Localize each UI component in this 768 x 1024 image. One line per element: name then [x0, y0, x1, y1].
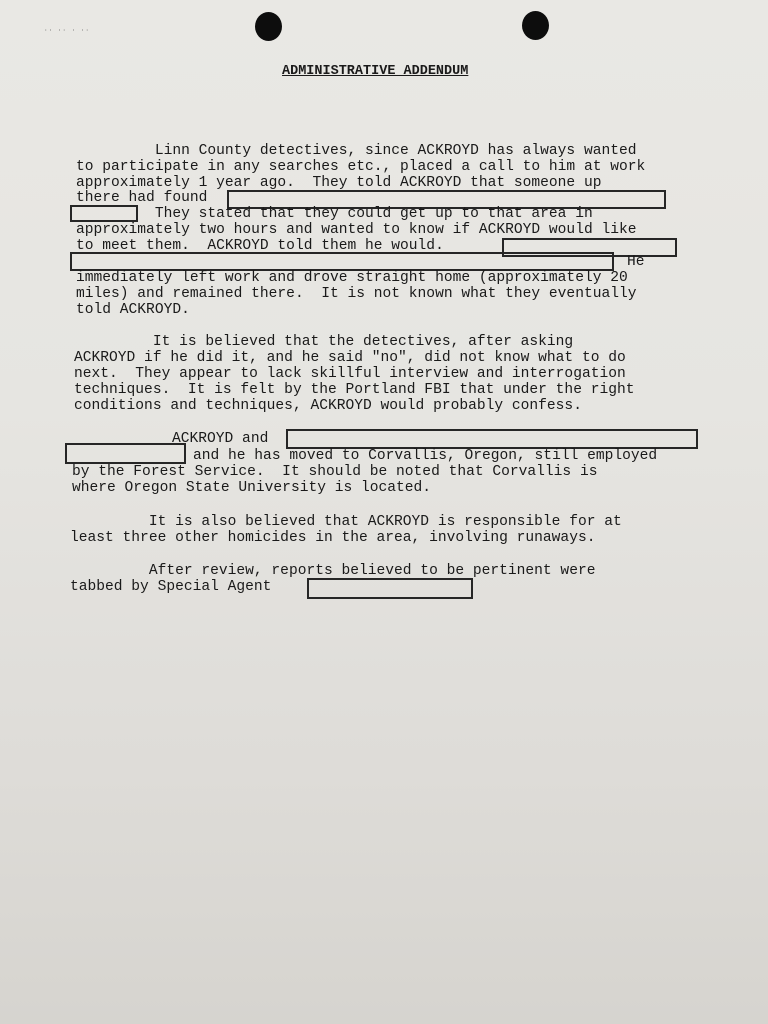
- text-line: Linn County detectives, since ACKROYD ha…: [76, 143, 637, 159]
- redaction-box: [65, 443, 186, 464]
- redaction-box: [307, 578, 473, 599]
- text-line: there had found: [76, 190, 207, 206]
- punch-hole-left: [255, 12, 282, 41]
- text-line: After review, reports believed to be per…: [70, 563, 595, 579]
- text-line: ACKROYD if he did it, and he said "no", …: [74, 350, 626, 366]
- text-line: approximately 1 year ago. They told ACKR…: [76, 175, 601, 191]
- redaction-box: [286, 429, 698, 449]
- punch-hole-right: [522, 11, 549, 40]
- margin-specks: ·· ·· · ··: [44, 27, 90, 34]
- text-line: where Oregon State University is located…: [72, 480, 431, 496]
- text-line: least three other homicides in the area,…: [70, 530, 595, 546]
- text-line: conditions and techniques, ACKROYD would…: [74, 398, 582, 414]
- text-line: ACKROYD and: [172, 431, 268, 447]
- document-page: ·· ·· · ·· ADMINISTRATIVE ADDENDUM Linn …: [0, 0, 768, 1024]
- text-line: miles) and remained there. It is not kno…: [76, 286, 637, 302]
- text-line: It is also believed that ACKROYD is resp…: [70, 514, 622, 530]
- text-line: next. They appear to lack skillful inter…: [74, 366, 626, 382]
- text-line: tabbed by Special Agent: [70, 579, 271, 595]
- text-line: told ACKROYD.: [76, 302, 190, 318]
- text-line: approximately two hours and wanted to kn…: [76, 222, 637, 238]
- text-line: by the Forest Service. It should be note…: [72, 464, 597, 480]
- text-line: to participate in any searches etc., pla…: [76, 159, 645, 175]
- document-title: ADMINISTRATIVE ADDENDUM: [282, 64, 468, 79]
- text-line: They stated that they could get up to th…: [76, 206, 593, 222]
- text-line: It is believed that the detectives, afte…: [74, 334, 573, 350]
- text-line: immediately left work and drove straight…: [76, 270, 628, 286]
- redaction-box: [70, 252, 614, 271]
- text-line: techniques. It is felt by the Portland F…: [74, 382, 635, 398]
- text-line: and he has moved to Corvallis, Oregon, s…: [193, 448, 657, 464]
- text-line: He: [627, 254, 645, 270]
